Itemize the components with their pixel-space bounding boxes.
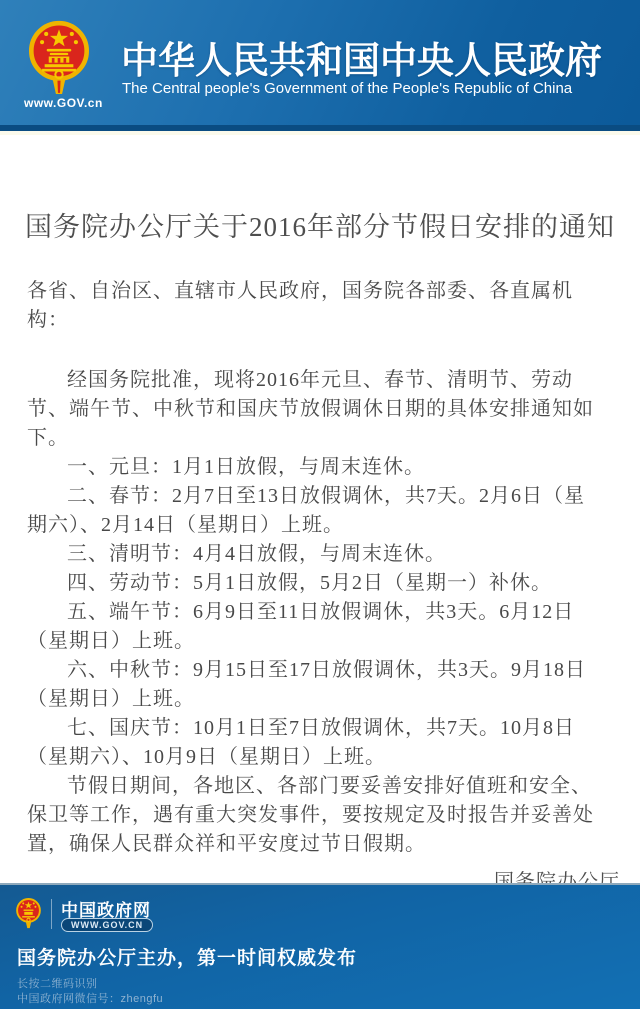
footer-qr-hint: 长按二维码识别	[17, 975, 98, 991]
footer-slogan: 国务院办公厅主办，第一时间权威发布	[17, 943, 357, 970]
document-paragraph: 五、端午节：6月9日至11日放假调休，共3天。6月12日（星期日）上班。	[27, 598, 600, 656]
document-body: 经国务院批准，现将2016年元旦、春节、清明节、劳动节、端午节、中秋节和国庆节放…	[0, 366, 640, 859]
header-subtitle: The Central people's Government of the P…	[122, 80, 572, 97]
site-footer: 中国政府网 WWW.GOV.CN 国务院办公厅主办，第一时间权威发布 长按二维码…	[0, 883, 640, 1009]
document-salutation: 各省、自治区、直辖市人民政府，国务院各部委、各直属机构：	[27, 277, 600, 335]
header-site-url[interactable]: www.GOV.cn	[24, 96, 96, 110]
document-paragraph: 七、国庆节：10月1日至7日放假调休，共7天。10月8日（星期六）、10月9日（…	[27, 714, 600, 772]
document-paragraph: 节假日期间，各地区、各部门要妥善安排好值班和安全、保卫等工作，遇有重大突发事件，…	[27, 772, 600, 859]
footer-logo-divider	[51, 899, 52, 929]
footer-site-badge: WWW.GOV.CN	[61, 918, 153, 932]
document: 国务院办公厅关于2016年部分节假日安排的通知 各省、自治区、直辖市人民政府，国…	[0, 135, 640, 883]
document-paragraph: 三、清明节：4月4日放假，与周末连休。	[27, 540, 600, 569]
national-emblem-icon	[15, 896, 42, 929]
document-paragraph: 六、中秋节：9月15日至17日放假调休，共3天。9月18日（星期日）上班。	[27, 656, 600, 714]
document-paragraph: 四、劳动节：5月1日放假，5月2日（星期一）补休。	[27, 569, 600, 598]
header-title: 中华人民共和国中央人民政府	[121, 30, 602, 84]
header-logo[interactable]	[26, 16, 92, 96]
document-paragraph: 一、元旦：1月1日放假，与周末连休。	[27, 453, 600, 482]
document-paragraph: 经国务院批准，现将2016年元旦、春节、清明节、劳动节、端午节、中秋节和国庆节放…	[27, 366, 600, 453]
site-header: www.GOV.cn 中华人民共和国中央人民政府 The Central peo…	[0, 0, 640, 125]
footer-wechat-id: 中国政府网微信号：zhengfu	[17, 990, 163, 1006]
document-paragraph: 二、春节：2月7日至13日放假调休，共7天。2月6日（星期六）、2月14日（星期…	[27, 482, 600, 540]
document-title: 国务院办公厅关于2016年部分节假日安排的通知	[0, 207, 640, 247]
page: www.GOV.cn 中华人民共和国中央人民政府 The Central peo…	[0, 0, 640, 1009]
